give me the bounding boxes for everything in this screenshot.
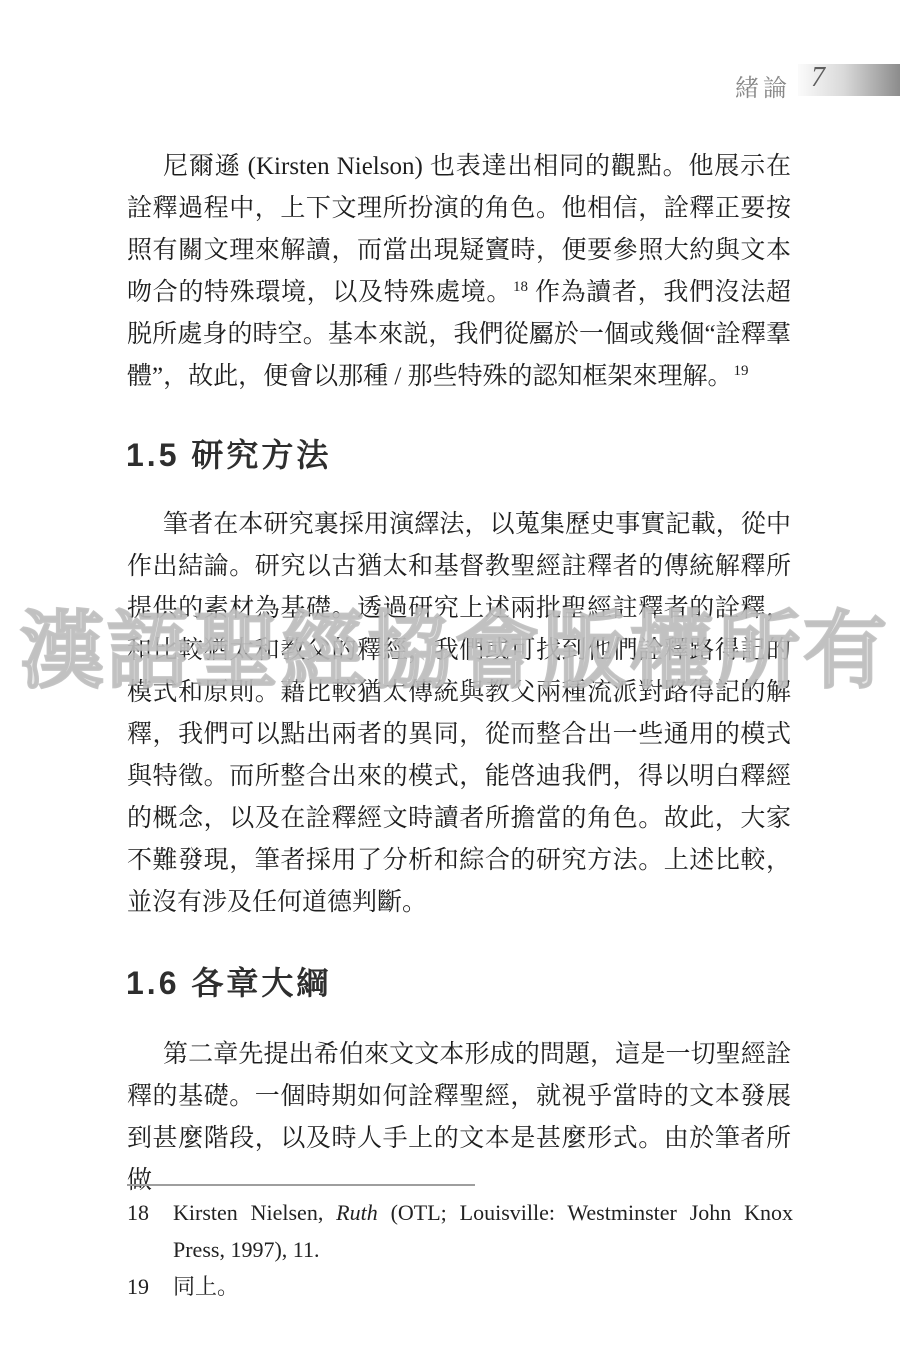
footnote-text: 同上。 bbox=[173, 1268, 793, 1305]
section-1-5-paragraph: 筆者在本研究裏採用演繹法，以蒐集歷史事實記載，從中作出結論。研究以古猶太和基督教… bbox=[127, 504, 791, 924]
page-number: 7 bbox=[811, 62, 825, 94]
section-1-6-paragraph: 第二章先提出希伯來文文本形成的問題，這是一切聖經詮釋的基礎。一個時期如何詮釋聖經… bbox=[127, 1034, 791, 1202]
running-head-section-title: 緒論 bbox=[735, 68, 791, 103]
footnote-item-18: 18 Kirsten Nielsen, Ruth (OTL; Louisvill… bbox=[127, 1194, 793, 1268]
section-heading-1-5: 1.5 研究方法 bbox=[126, 430, 331, 476]
header-gradient-bar: 7 bbox=[798, 64, 900, 96]
footnotes: 18 Kirsten Nielsen, Ruth (OTL; Louisvill… bbox=[127, 1194, 793, 1305]
footnote-number: 18 bbox=[127, 1194, 173, 1268]
footnote-ref-18: 18 bbox=[513, 279, 528, 295]
book-page: 緒論 7 尼爾遜 (Kirsten Nielson) 也表達出相同的觀點。他展示… bbox=[0, 0, 900, 1350]
page-header: 緒論 7 bbox=[0, 64, 900, 98]
footnote-ref-19: 19 bbox=[734, 363, 749, 379]
footnote-text: Kirsten Nielsen, Ruth (OTL; Louisville: … bbox=[173, 1194, 793, 1268]
footnote-item-19: 19 同上。 bbox=[127, 1268, 793, 1305]
footnote-number: 19 bbox=[127, 1268, 173, 1305]
intro-paragraph: 尼爾遜 (Kirsten Nielson) 也表達出相同的觀點。他展示在詮釋過程… bbox=[127, 146, 791, 398]
footnote-citation-pre: 同上。 bbox=[173, 1274, 239, 1299]
footnote-separator bbox=[127, 1184, 475, 1186]
footnote-citation-pre: Kirsten Nielsen, bbox=[173, 1200, 336, 1225]
footnote-citation-title: Ruth bbox=[336, 1200, 378, 1225]
section-heading-1-6: 1.6 各章大綱 bbox=[126, 958, 331, 1004]
